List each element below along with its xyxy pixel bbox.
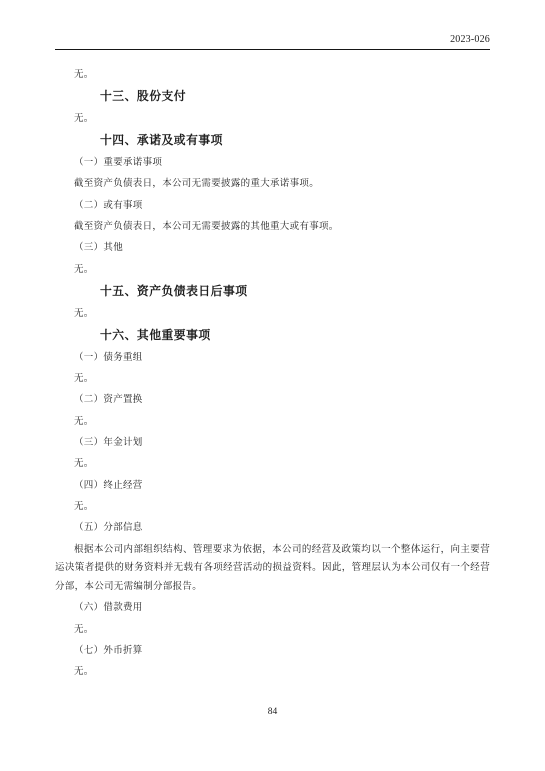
document-number: 2023-026 [450,34,490,45]
sub-heading-discontinued-operations: （四）终止经营 [55,477,490,496]
sub-heading-foreign-currency-translation: （七）外币折算 [55,642,490,661]
none-paragraph: 无。 [55,413,490,432]
body-paragraph: 截至资产负债表日，本公司无需要披露的其他重大或有事项。 [55,218,490,237]
none-paragraph: 无。 [55,370,490,389]
section-heading-13: 十三、股份支付 [55,87,490,106]
sub-heading-annuity-plan: （三）年金计划 [55,434,490,453]
segment-information-paragraph: 根据本公司内部组织结构、管理要求为依据，本公司的经营及政策均以一个整体运行，向主… [55,541,490,597]
none-paragraph: 无。 [55,663,490,682]
sub-heading-asset-swap: （二）资产置换 [55,391,490,410]
none-paragraph: 无。 [55,66,490,85]
section-heading-15: 十五、资产负债表日后事项 [55,282,490,301]
none-paragraph: 无。 [55,305,490,324]
section-heading-14: 十四、承诺及或有事项 [55,131,490,150]
document-body: 无。 十三、股份支付 无。 十四、承诺及或有事项 （一）重要承诺事项 截至资产负… [55,66,490,682]
page-number: 84 [268,707,278,717]
sub-heading-commitments: （一）重要承诺事项 [55,154,490,173]
none-paragraph: 无。 [55,621,490,640]
sub-heading-segment-information: （五）分部信息 [55,519,490,538]
page-header: 2023-026 [55,0,490,50]
sub-heading-borrowing-costs: （六）借款费用 [55,599,490,618]
body-paragraph: 截至资产负债表日，本公司无需要披露的重大承诺事项。 [55,175,490,194]
sub-heading-other: （三）其他 [55,239,490,258]
none-paragraph: 无。 [55,110,490,129]
section-heading-16: 十六、其他重要事项 [55,326,490,345]
sub-heading-debt-restructuring: （一）债务重组 [55,349,490,368]
none-paragraph: 无。 [55,261,490,280]
page-footer: 84 [0,701,545,719]
document-page: 2023-026 无。 十三、股份支付 无。 十四、承诺及或有事项 （一）重要承… [0,0,545,771]
sub-heading-contingencies: （二）或有事项 [55,197,490,216]
none-paragraph: 无。 [55,455,490,474]
none-paragraph: 无。 [55,498,490,517]
